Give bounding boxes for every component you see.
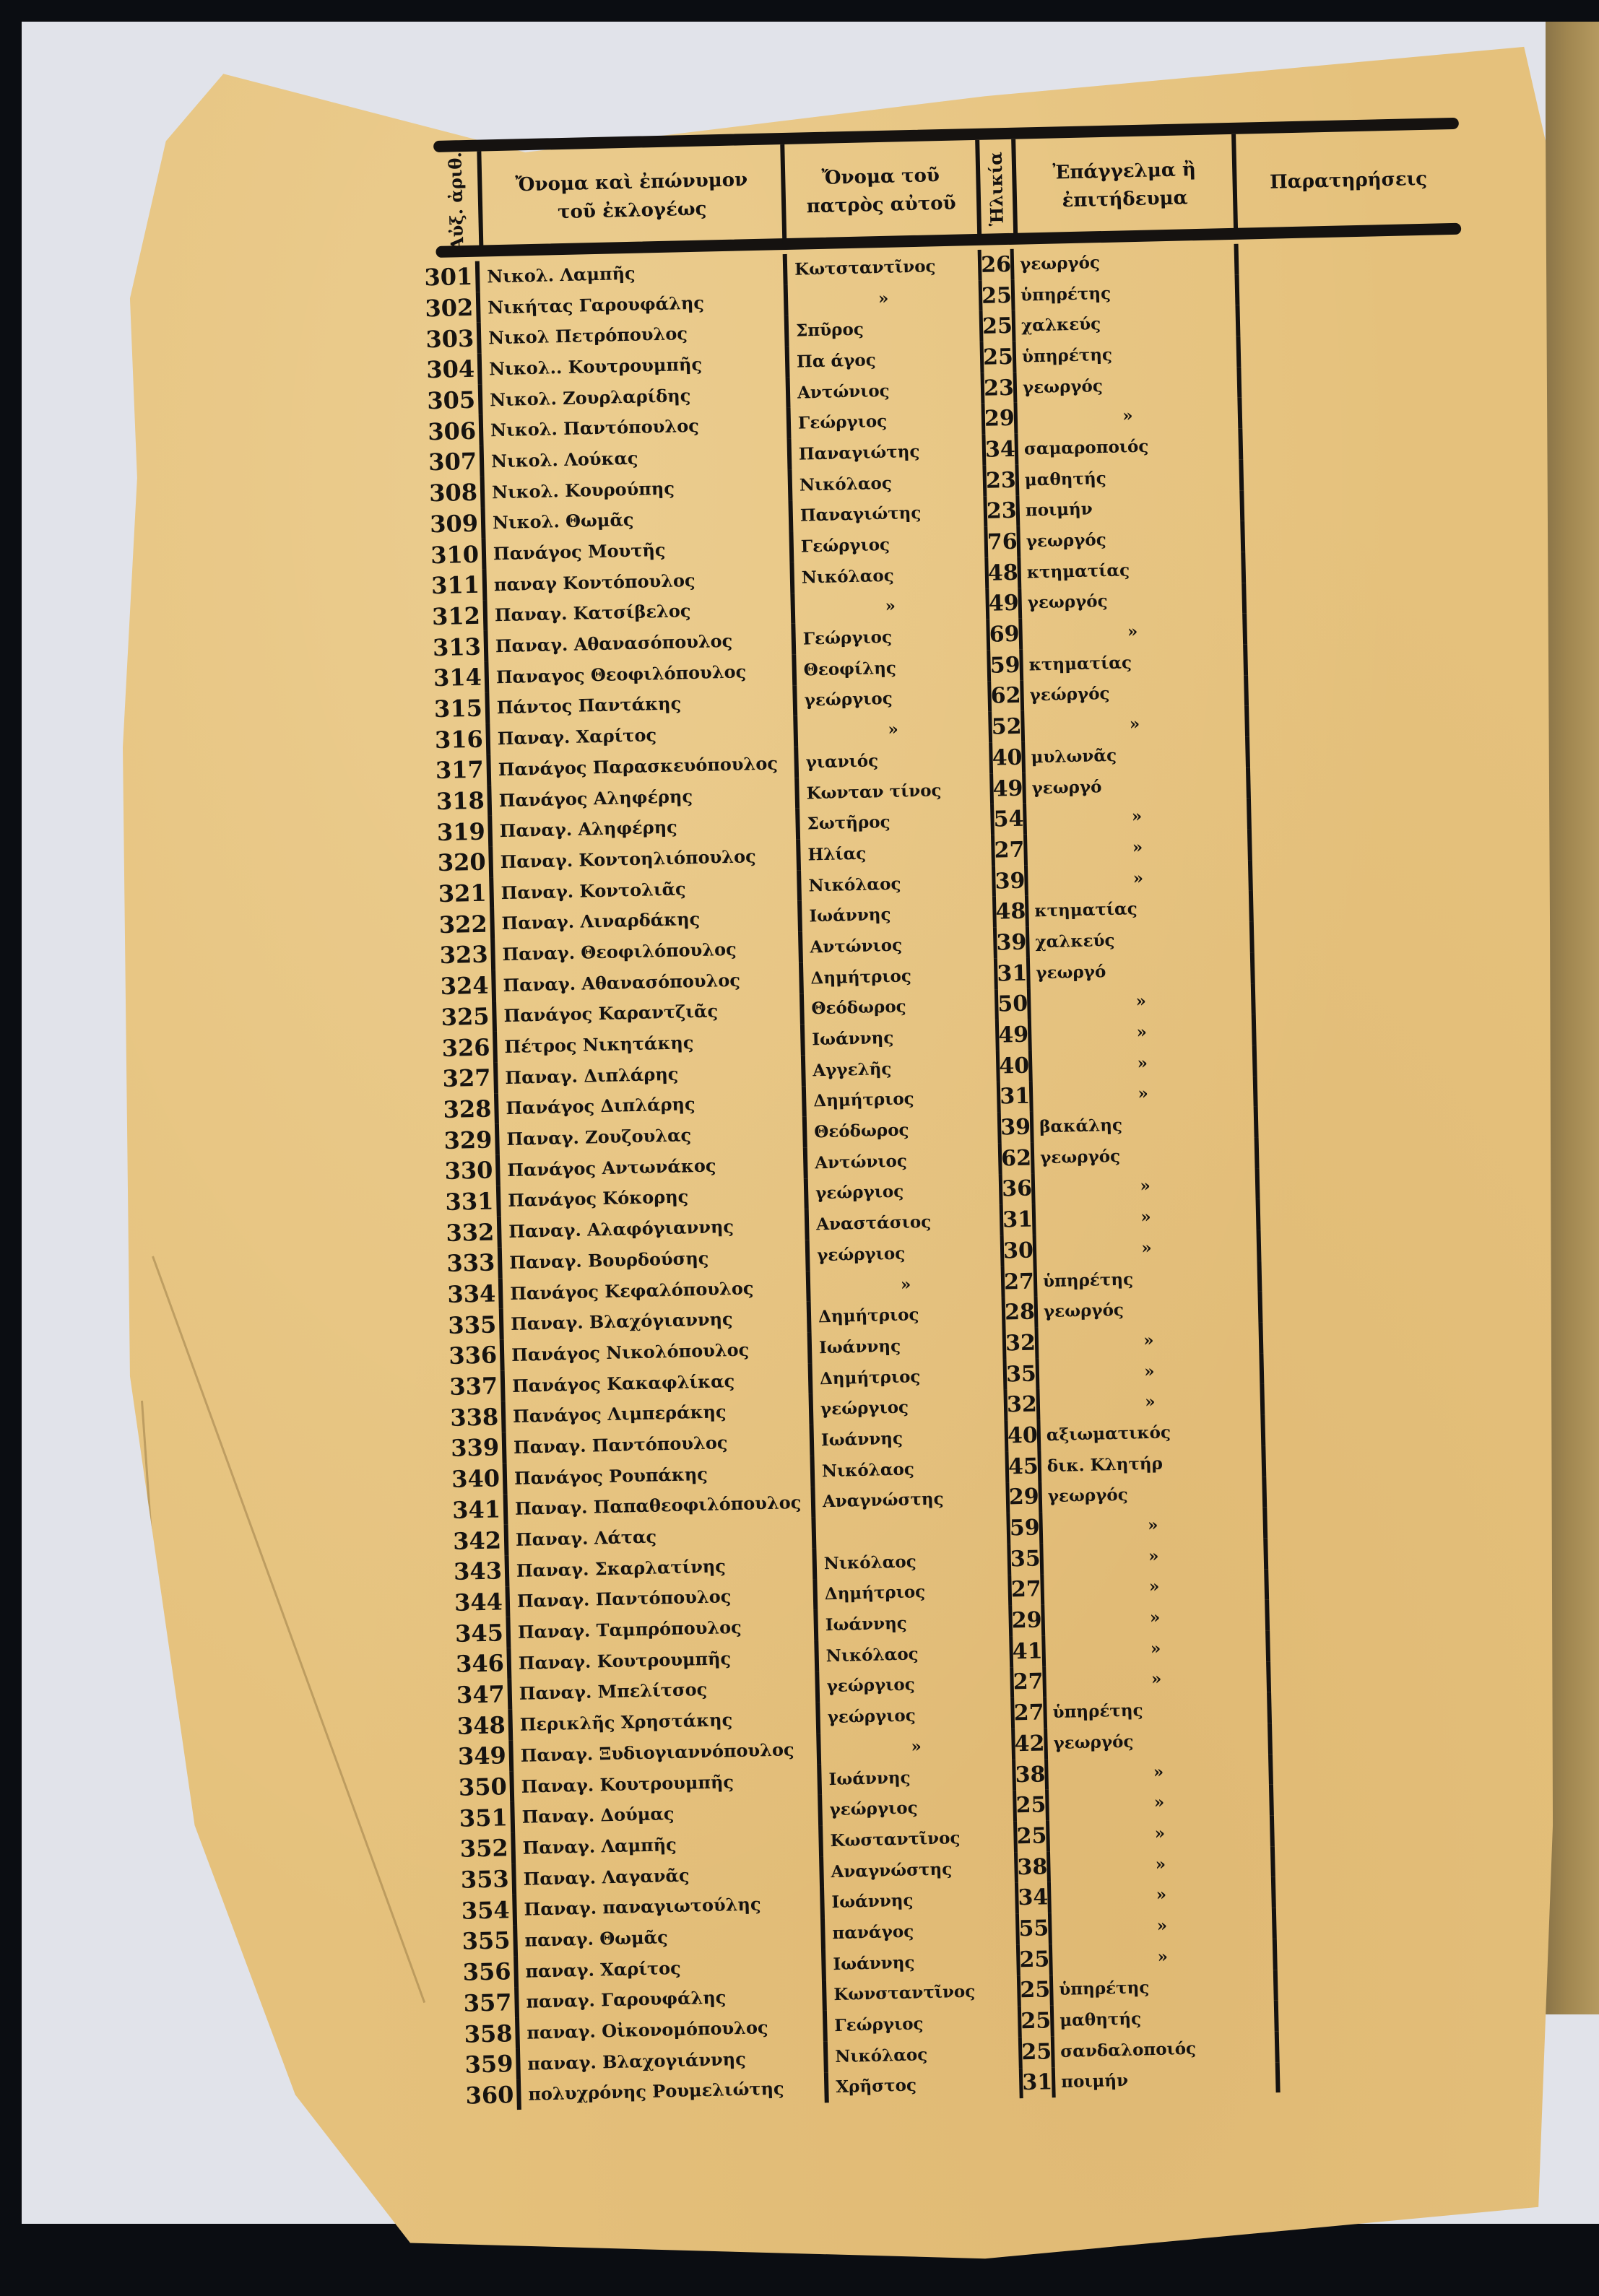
occupation: » [1033,1076,1254,1112]
voter-name: Νικολ. Θωμᾶς [485,505,789,534]
father-name: » [793,712,989,747]
father-name: Αντώνιος [803,1144,999,1179]
row-number: 312 [443,600,487,632]
occupation: » [1035,1168,1256,1204]
header-number: Αὐξ. ἀριθ. [433,152,479,251]
voter-age: 34 [1015,1882,1052,1914]
father-name: » [790,588,986,624]
occupation: γεωργός [1047,1723,1268,1759]
row-number: 355 [474,1925,518,1957]
voter-name: Πανάγος Αληφέρης [491,783,795,811]
occupation: δικ. Κλητήρ [1041,1445,1262,1482]
father-name: Σωτῆρος [795,804,991,840]
occupation: ὑπηρέτης [1037,1261,1258,1297]
father-name: Νικόλαος [789,558,985,593]
father-name: Κωνταν τίνος [794,773,990,809]
father-name: Ιωάννης [807,1329,1003,1364]
notes-cell [1267,1718,1496,1754]
notes-cell [1244,701,1473,737]
notes-cell [1269,1780,1497,1816]
father-name: γεώργιος [792,681,988,716]
occupation: κτηματίας [1023,645,1244,681]
occupation: γεωργός [1016,368,1237,404]
voter-age: 25 [980,342,1017,373]
row-number: 350 [470,1771,514,1803]
row-number: 327 [454,1062,498,1094]
row-number: 331 [457,1186,501,1217]
occupation: » [1042,1508,1263,1544]
header-age: Ἡλικία [975,139,1013,239]
father-name: Θεόδωρος [799,989,995,1025]
row-number: 304 [438,354,482,386]
voter-age: 40 [996,1050,1033,1082]
occupation: » [1036,1199,1257,1235]
row-number: 338 [462,1401,506,1433]
voter-name: Πανάγος Αντωνάκος [500,1153,804,1181]
voter-age: 48 [992,896,1029,928]
notes-cell [1262,1502,1491,1538]
occupation: σαμαροποιός [1018,429,1239,465]
occupation: γεωργός [1038,1292,1259,1328]
row-number: 321 [450,877,494,909]
voter-age: 25 [979,310,1016,342]
occupation: κτηματίας [1028,891,1249,927]
notes-cell [1237,393,1465,429]
occupation: » [1036,1230,1257,1266]
notes-cell [1266,1656,1494,1692]
voter-age: 40 [1004,1420,1041,1452]
father-name: Κωσταντῖνος [818,1821,1014,1856]
occupation: γεωργός [1020,521,1241,557]
notes-cell [1242,609,1470,645]
notes-cell [1245,732,1473,768]
voter-name: Παναγ. Λαγανᾶς [516,1861,820,1890]
voter-name: Πανάγος Κεφαλόπουλος [503,1276,807,1304]
father-name: γεώργιος [815,1698,1011,1734]
notes-cell [1275,2057,1504,2093]
father-name: Χρῆστος [824,2068,1020,2103]
voter-name: Παναγ. Κουτρουμπῆς [513,1769,818,1797]
voter-age: 25 [1013,1790,1049,1822]
row-number: 360 [477,2079,521,2111]
voter-name: Παναγ. Βουρδούσης [502,1245,806,1274]
occupation: σανδαλοποιός [1054,2031,1275,2067]
row-number: 324 [452,970,496,1001]
row-number: 332 [458,1217,502,1248]
occupation: » [1049,1785,1270,1821]
voter-name: Παναγ. Κοντολιᾶς [493,875,797,903]
voter-name: Παναγ. Θεοφιλόπουλος [495,937,799,965]
voter-age: 45 [1005,1451,1041,1482]
occupation: χαλκεύς [1015,305,1236,342]
father-name: γεώργιος [805,1236,1001,1271]
voter-name: Νικολ. Λούκας [484,444,788,472]
row-number: 340 [464,1463,508,1495]
voter-name: Παναγ. Σκαρλατίνης [509,1553,813,1581]
voter-name: Παναγ. Χαρίτος [490,721,794,749]
notes-cell [1274,1995,1502,2031]
father-name: γεώργιος [804,1174,1000,1209]
occupation: ὑπηρέτης [1053,1970,1274,2006]
father-name: Γεώργιος [789,527,984,562]
voter-age: 62 [987,680,1024,712]
father-name: γεώργιος [815,1667,1010,1703]
header-occupation: Ἐπάγγελμα ἢ ἐπιτήδευμα [1011,134,1234,238]
voter-name: Νικολ. Λαμπῆς [480,259,784,287]
father-name: Παναγιώτης [788,496,984,531]
voter-age: 29 [981,403,1018,435]
father-name: Ιωάννης [809,1421,1005,1456]
occupation: γεωργός [1041,1477,1262,1513]
row-number: 314 [445,661,489,693]
row-number: 343 [465,1555,509,1587]
header-father: Ὄνομα τοῦ πατρὸς αὐτοῦ [780,140,977,243]
voter-age: 50 [994,988,1031,1020]
row-number: 349 [469,1740,513,1772]
voter-age: 25 [1018,2005,1054,2037]
voter-age: 25 [1018,2036,1055,2068]
row-number: 335 [460,1309,504,1341]
notes-cell [1257,1256,1485,1292]
notes-cell [1234,269,1462,305]
notes-cell [1235,300,1463,336]
father-name: Κωτσταντῖνος [783,250,979,285]
father-name: » [806,1266,1002,1302]
voter-name: Περικλῆς Χρηστάκης [512,1708,816,1736]
row-number: 329 [456,1124,500,1156]
row-number: 341 [464,1494,508,1526]
occupation: » [1045,1630,1266,1666]
voter-name: Παναγ. Κουτρουμπῆς [511,1645,815,1674]
occupation: κτηματίας [1020,552,1241,588]
row-number: 301 [436,261,480,293]
voter-name: Παναγ. Κατσίβελος [487,598,792,626]
voter-name: Παναγ. Αληφέρης [492,814,796,842]
occupation: ποιμήν [1055,2062,1276,2098]
occupation: » [1028,860,1249,896]
father-name: Θεοφίλης [792,651,987,686]
voter-age: 41 [1009,1635,1046,1667]
row-number: 359 [477,2048,521,2080]
notes-cell [1243,640,1471,676]
notes-cell [1273,1934,1501,1970]
occupation: γεώργός [1023,675,1244,711]
row-number: 303 [438,323,482,355]
row-number: 337 [461,1370,506,1402]
voter-name: Νικήτας Γαρουφάλης [480,290,784,318]
voter-name: Πάντος Παντάκης [490,690,794,718]
voter-age: 25 [1016,1944,1053,1975]
occupation: » [1052,1908,1273,1944]
father-name: Κωνσταντῖνος [822,1975,1018,2011]
voter-name: Πανάγος Μουτῆς [486,536,790,565]
occupation: » [1049,1815,1270,1851]
voter-name: Νικολ. Ζουρλαρίδης [482,383,786,411]
voter-name: Πανάγος Διπλάρης [498,1091,802,1119]
row-number: 315 [446,692,490,724]
row-number: 352 [472,1832,516,1864]
notes-cell [1249,886,1477,922]
voter-age: 52 [988,711,1025,743]
voter-age: 31 [1019,2067,1056,2099]
father-name: Παναγιώτης [786,435,982,470]
father-name: Ιωάννης [800,1020,996,1056]
occupation: » [1051,1877,1272,1913]
row-number: 344 [466,1586,510,1618]
voter-name: Παναγ. Ξυδιογιαννόπουλος [513,1738,817,1766]
voter-age: 35 [1002,1358,1039,1390]
father-name: γιανιός [794,743,989,778]
father-name: Δημήτριος [799,959,994,994]
row-number: 339 [463,1432,507,1464]
voter-age: 76 [984,526,1020,558]
notes-cell [1260,1379,1488,1415]
occupation: » [1027,830,1248,866]
voter-age: 23 [980,373,1017,404]
row-number: 309 [442,508,486,539]
notes-cell [1241,547,1469,583]
voter-age: 27 [1001,1266,1038,1297]
voter-name: Νικολ. Παντόπουλος [483,413,787,441]
voter-age: 31 [994,957,1031,989]
notes-cell [1246,762,1474,799]
voter-age: 27 [1010,1666,1046,1698]
voter-name: Παναγ. Ζουζουλας [499,1122,803,1150]
occupation: » [1022,614,1243,650]
voter-age: 55 [1015,1913,1052,1944]
row-number: 333 [459,1247,503,1279]
voter-age: 35 [1007,1543,1044,1575]
father-name: Αγγελῆς [801,1051,997,1087]
notes-cell [1273,1965,1501,2001]
father-name [811,1513,1007,1549]
notes-cell [1248,855,1476,891]
table-body: 301Νικολ. ΛαμπῆςΚωτσταντῖνος26γεωργός302… [436,239,1504,2111]
father-name: Νικόλαος [814,1636,1010,1671]
row-number: 347 [468,1679,512,1710]
father-name: Νικόλαος [787,466,983,501]
voter-age: 32 [1003,1389,1040,1421]
notes-cell [1252,1040,1481,1076]
row-number: 356 [474,1956,519,1988]
notes-cell [1270,1810,1498,1846]
occupation: μαθητής [1054,2000,1275,2036]
occupation: μαθητής [1018,460,1239,496]
notes-cell [1262,1471,1490,1508]
notes-cell [1247,825,1475,861]
voter-name: Πανάγος Κακαφλίκας [505,1368,809,1396]
voter-name: παναγ. Θωμᾶς [517,1923,821,1951]
notes-cell [1270,1841,1499,1877]
row-number: 330 [456,1154,500,1186]
voter-name: παναγ. Χαρίτος [518,1954,822,1982]
father-name: Ιωάννης [821,1944,1017,1980]
row-number: 320 [449,846,493,878]
occupation: » [1031,1014,1252,1051]
voter-name: Παναγ. Κοντοηλιόπουλος [493,845,797,873]
row-number: 317 [447,754,491,786]
row-number: 336 [461,1339,505,1371]
notes-cell [1241,578,1470,614]
voter-name: παναγ. Βλαχογιάννης [520,2046,824,2074]
notes-cell [1257,1287,1486,1323]
occupation: » [1039,1323,1260,1359]
occupation: » [1039,1353,1260,1389]
voter-name: παναγ Κοντόπουλος [487,568,791,596]
voter-name: Πανάγος Λιμπεράκης [506,1399,810,1427]
voter-name: Παναγ. Παντόπουλος [506,1430,810,1458]
voter-age: 25 [1017,1975,1054,2006]
voter-name: Παναγ. Ταμπρόπουλος [511,1615,815,1643]
row-number: 307 [441,446,485,478]
voter-name: Παναγ. Λαμπῆς [515,1830,819,1858]
voter-age: 38 [1014,1851,1051,1883]
voter-name: Νικολ Πετρόπουλος [481,321,785,349]
occupation: » [1044,1569,1265,1605]
voter-age: 30 [1000,1235,1037,1266]
father-name: Αντώνιος [798,928,994,963]
occupation: γεωργός [1014,244,1235,280]
voter-age: 49 [989,773,1026,804]
occupation: » [1044,1600,1265,1636]
voter-age: 34 [981,434,1018,466]
father-name: γεώργιος [818,1791,1013,1826]
father-name: Σπῦρος [784,311,980,347]
voter-age: 29 [1005,1482,1042,1513]
voter-age: 28 [1002,1297,1039,1329]
voter-age: 59 [987,650,1023,682]
voter-name: Παναγ. Βλαχόγιαννης [503,1307,807,1335]
voter-name: Παναγ. Διπλάρης [498,1060,802,1088]
voter-name: Παναγ. Δούμας [514,1800,818,1828]
voter-age: 26 [978,249,1015,281]
row-number: 313 [444,631,488,663]
father-name: Γεώργιος [791,619,987,655]
voter-name: Παναγος Θεοφιλόπουλος [489,660,793,688]
voter-name: Πέτρος Νικητάκης [497,1030,801,1058]
notes-cell [1247,793,1475,830]
voter-name: Πανάγος Ρουπάκης [507,1461,811,1489]
row-number: 351 [471,1801,515,1833]
occupation: ὑπηρέτης [1015,275,1236,311]
voter-name: Παναγ. Αθανασόπουλος [495,967,799,996]
father-name: Νικόλαος [797,866,992,901]
voter-name: Πανάγος Καραντζιᾶς [496,999,800,1027]
notes-cell [1265,1595,1493,1631]
father-name: Νικόλαος [810,1451,1005,1487]
voter-age: 39 [992,865,1028,897]
occupation: » [1031,983,1252,1019]
voter-name: Παναγ. Λιναρδάκης [494,906,798,934]
occupation: γεωργό [1030,952,1251,988]
voter-name: Παναγ. Αθανασόπουλος [488,629,792,657]
father-name: Δημήτριος [812,1575,1008,1610]
row-number: 310 [443,539,487,570]
voter-age: 27 [991,835,1028,866]
voter-name: Παναγ. Παντόπουλος [510,1584,814,1612]
notes-cell [1275,2026,1503,2062]
father-name: Ιωάννης [820,1883,1015,1918]
occupation: γεωργό [1026,767,1247,804]
notes-cell [1264,1564,1492,1600]
voter-age: 49 [995,1019,1032,1051]
notes-cell [1257,1225,1485,1261]
row-number: 345 [467,1617,511,1648]
occupation: » [1039,1384,1260,1420]
row-number: 354 [473,1894,517,1926]
voter-age: 36 [999,1173,1036,1205]
voter-name: Νικολ. Κουρούπης [485,475,789,503]
row-number: 323 [451,939,495,970]
father-name: Αναγνώστης [819,1852,1015,1887]
header-notes: Παρατηρήσεις [1231,129,1461,233]
father-name: » [784,281,979,316]
row-number: 311 [443,569,487,601]
notes-cell [1272,1903,1500,1939]
occupation: γεωργός [1034,1138,1255,1174]
row-number: 302 [437,292,481,323]
voter-age: 62 [998,1142,1035,1174]
notes-cell [1254,1132,1483,1168]
voter-age: 54 [990,804,1027,835]
row-number: 353 [472,1864,516,1895]
father-name: Δημήτριος [802,1082,997,1117]
voter-age: 23 [983,495,1020,527]
father-name: Νικόλαος [823,2037,1019,2072]
occupation: ὑπηρέτης [1016,336,1237,373]
voter-age: 48 [984,557,1021,589]
voter-age: 49 [985,588,1022,619]
notes-cell [1255,1163,1483,1199]
voter-name: Πανάγος Παρασκευόπουλος [490,752,794,780]
notes-cell [1236,362,1465,398]
voter-name: πολυχρόνης Ρουμελιώτης [521,2077,825,2105]
notes-cell [1249,917,1478,953]
notes-cell [1250,947,1478,983]
voter-age: 31 [997,1081,1033,1113]
father-name: Ιωάννης [817,1760,1013,1795]
occupation: » [1024,706,1245,742]
father-name: Αντώνιος [786,373,981,409]
voter-name: Νικολ.. Κουτρουμπῆς [482,352,786,380]
voter-age: 39 [997,1112,1034,1144]
father-name: Θεόδωρος [802,1113,998,1148]
notes-cell [1267,1687,1495,1723]
voter-age: 27 [1010,1697,1047,1729]
voter-name: Παναγ. Λάτας [508,1523,812,1551]
father-name: Δημήτριος [808,1359,1004,1394]
occupation: » [1043,1538,1264,1574]
father-name: Γεώργιος [786,404,982,439]
notes-cell [1239,485,1468,521]
header-name: Ὄνομα καὶ ἐπώνυμον τοῦ ἐκλογέως [477,144,782,250]
voter-age: 31 [1000,1204,1036,1236]
notes-cell [1258,1317,1486,1353]
voter-age: 23 [982,465,1019,497]
voter-age: 69 [986,619,1023,651]
voter-age: 39 [993,927,1030,959]
father-name: γεώργιος [809,1390,1005,1425]
father-name: Αναστάσιος [805,1205,1000,1240]
voter-age: 32 [1002,1327,1039,1359]
father-name: Αναγνώστης [810,1482,1006,1518]
notes-cell [1234,239,1462,275]
row-number: 334 [459,1278,503,1310]
voter-age: 25 [979,279,1015,311]
occupation: χαλκεύς [1029,922,1250,958]
father-name: Ηλίας [796,835,992,871]
row-number: 325 [453,1001,497,1032]
